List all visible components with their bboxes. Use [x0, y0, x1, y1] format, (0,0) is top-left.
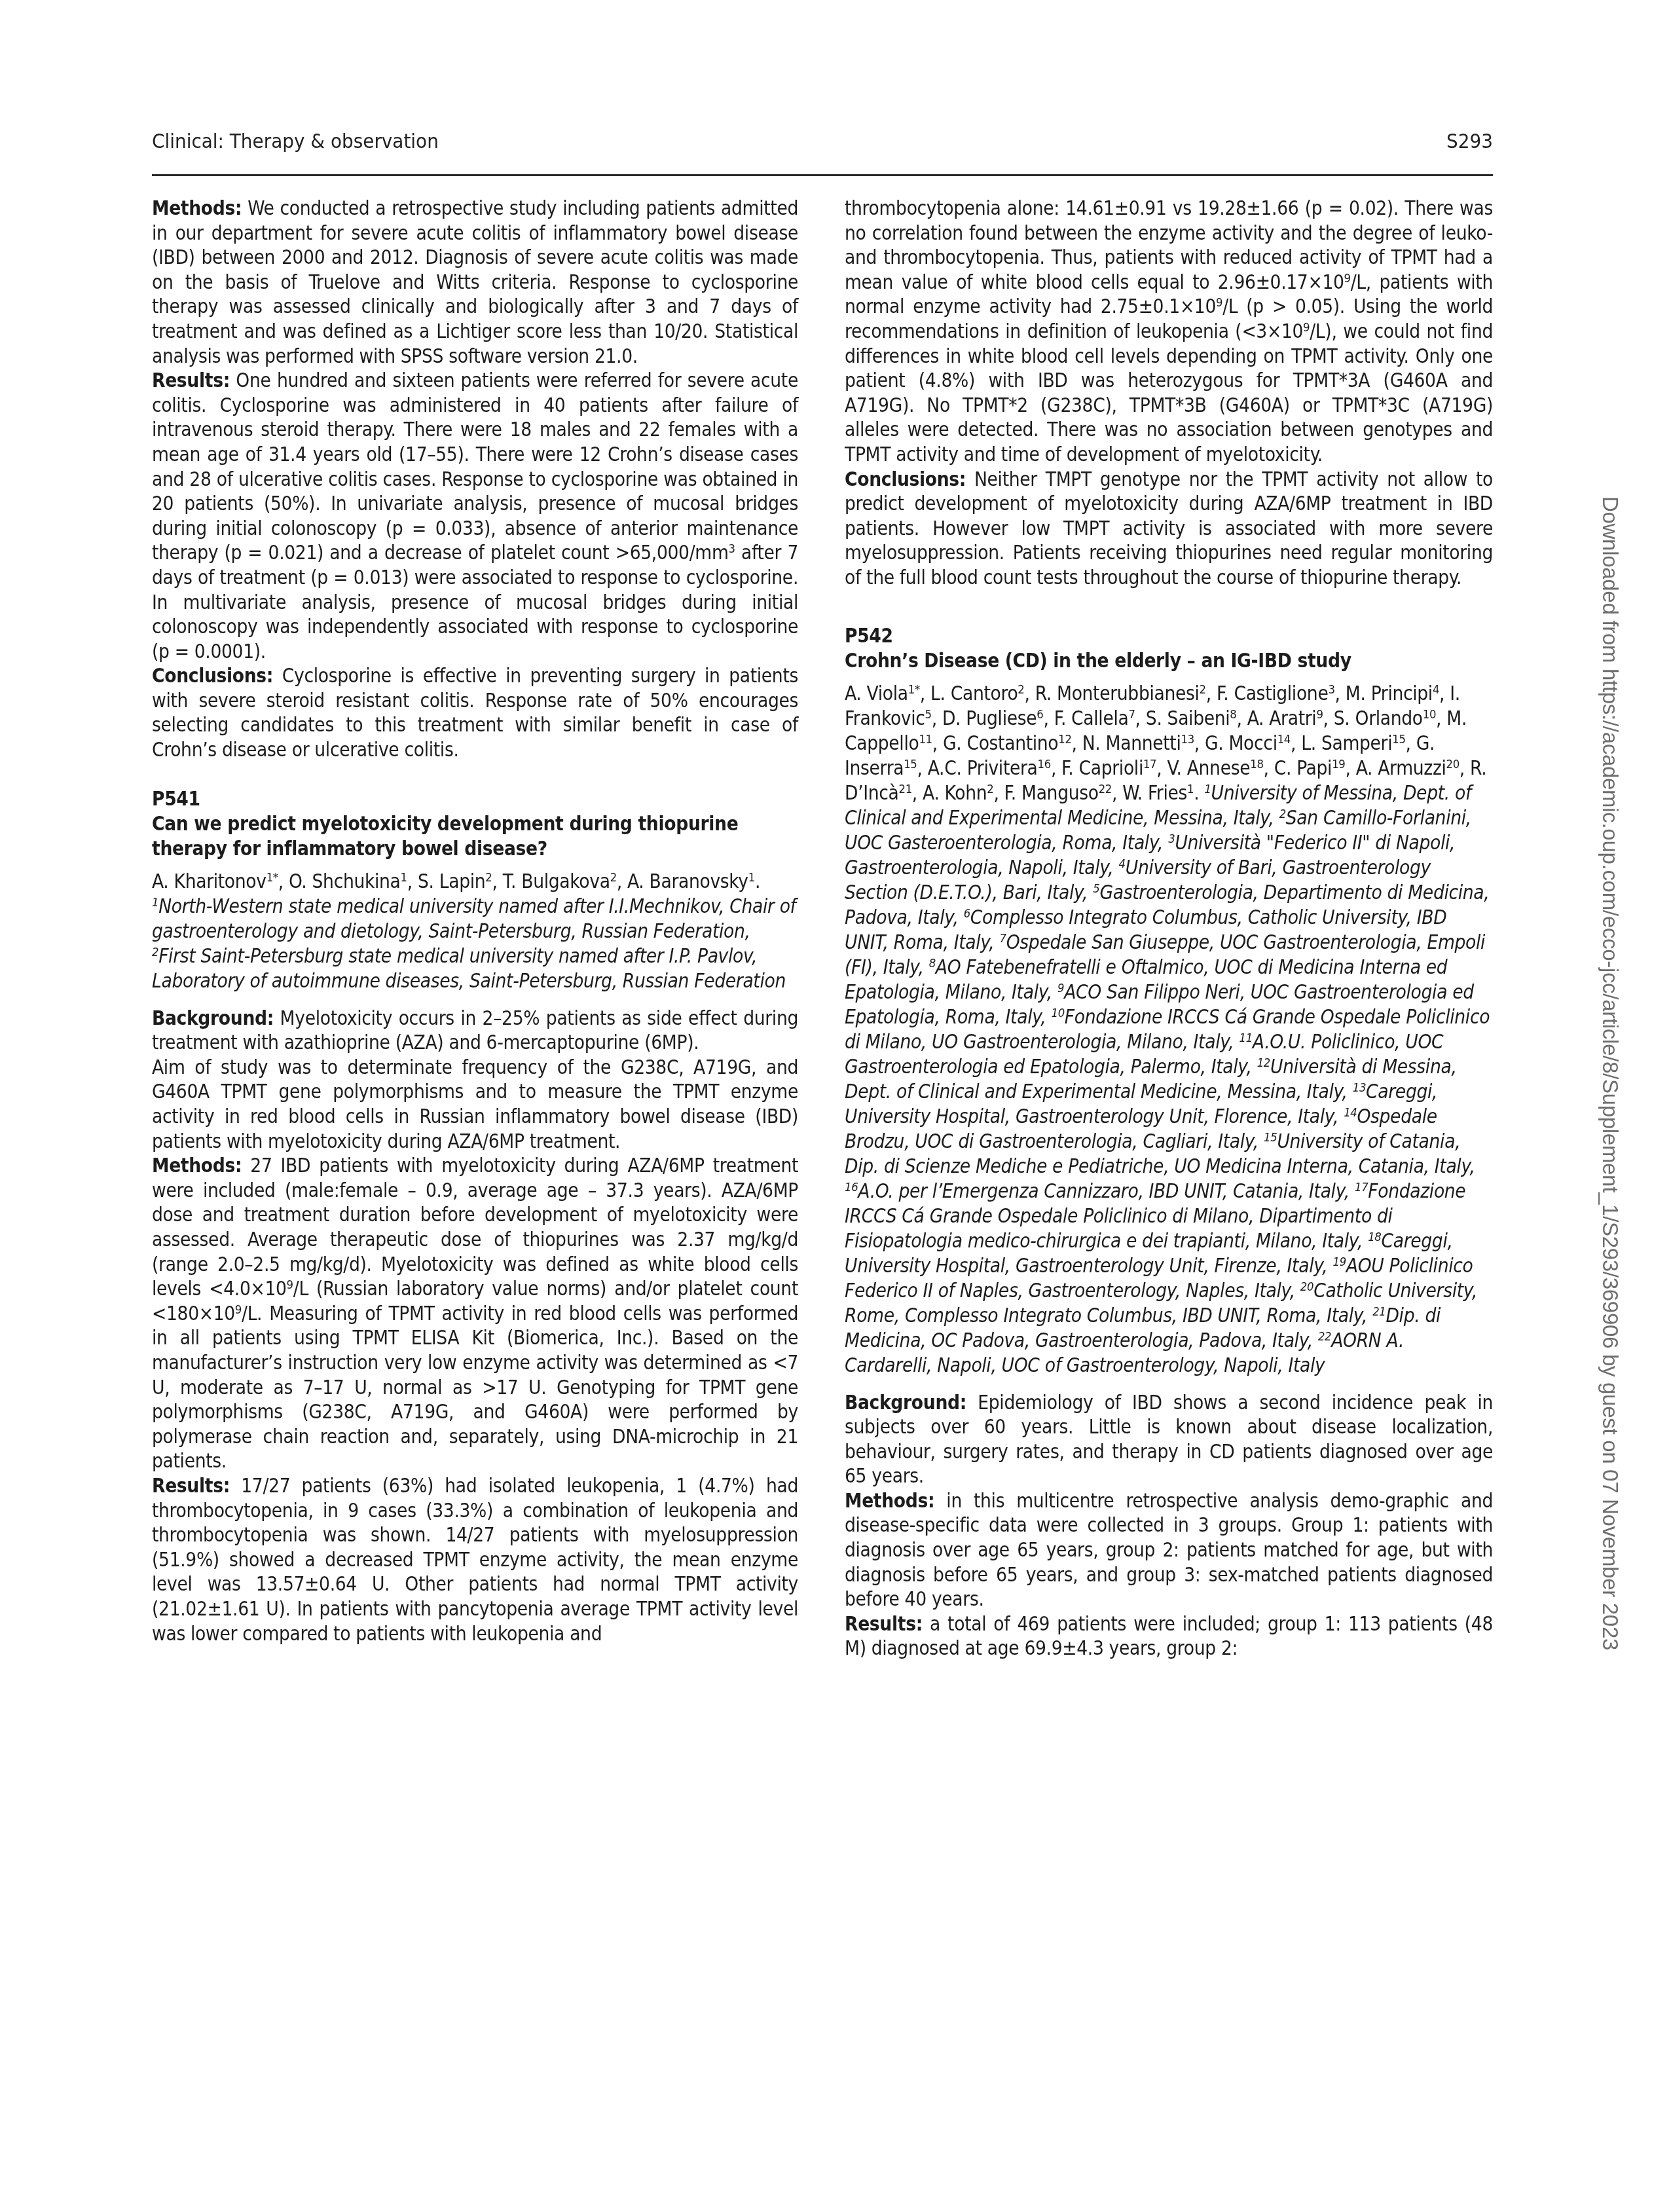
author-name: F. Caprioli: [1061, 757, 1143, 779]
superscript: 3: [728, 542, 735, 556]
results-text: One hundred and sixteen patients were re…: [152, 369, 798, 564]
author-name: L. Samperi: [1301, 732, 1392, 754]
methods-paragraph: Methods: in this multicentre retrospecti…: [845, 1489, 1493, 1612]
methods-text: in this multicentre retrospective analys…: [845, 1490, 1493, 1610]
author-affiliation-mark: 1: [748, 871, 755, 885]
author-affiliation-mark: 19: [1332, 757, 1345, 771]
affiliation-list: 1North-Western state medical university …: [152, 895, 796, 992]
author-name: A. Baranovsky: [627, 870, 748, 893]
affiliation-text: First Saint-Petersburg state medical uni…: [152, 945, 786, 992]
superscript: 9: [235, 1303, 242, 1317]
methods-paragraph: Methods: We conducted a retrospective st…: [152, 196, 798, 369]
affiliation-list: 1University of Messina, Dept. of Clinica…: [845, 782, 1490, 1376]
author-affiliation-mark: 12: [1058, 732, 1071, 746]
author-name: O. Shchukina: [289, 870, 401, 893]
author-name: C. Papi: [1274, 757, 1332, 779]
author-name: S. Lapin: [418, 870, 485, 893]
conclusions-label: Conclusions:: [845, 468, 966, 490]
author-affiliation-mark: 1: [1187, 782, 1194, 796]
author-affiliation-mark: 15: [1392, 732, 1405, 746]
affiliation-number: 4: [1119, 857, 1126, 870]
author-affiliation-mark: 21: [899, 782, 912, 796]
affiliation-number: 14: [1344, 1105, 1357, 1119]
author-name: G. Mocci: [1205, 732, 1277, 754]
affiliation-number: 1: [152, 896, 158, 910]
results-paragraph: Results: One hundred and sixteen patient…: [152, 369, 798, 664]
conclusions-paragraph: Conclusions: Neither TMPT genotype nor t…: [845, 468, 1493, 591]
methods-label: Methods:: [845, 1490, 934, 1512]
background-label: Background:: [152, 1007, 274, 1029]
affiliation-number: 2: [152, 946, 158, 959]
author-affiliation-mark: 5: [925, 707, 932, 721]
results-paragraph-cont: thrombocytopenia alone: 14.61±0.91 vs 19…: [845, 196, 1493, 468]
author-list: A. Kharitonov1*, O. Shchukina1, S. Lapin…: [152, 870, 760, 893]
left-column: Methods: We conducted a retrospective st…: [152, 196, 798, 1646]
author-affiliation-mark: 16: [1038, 757, 1051, 771]
affiliation-number: 9: [1057, 981, 1064, 995]
methods-paragraph: Methods: 27 IBD patients with myelotoxic…: [152, 1154, 798, 1474]
affiliation-text: A.O. per l’Emergenza Cannizzaro, IBD UNI…: [858, 1180, 1355, 1202]
abstract-p541: P541 Can we predict myelotoxicity develo…: [152, 786, 798, 1646]
author-name: A. Viola: [845, 682, 908, 705]
section-title: Clinical: Therapy & observation: [152, 130, 439, 153]
author-name: S. Orlando: [1334, 707, 1423, 729]
results-paragraph: Results: a total of 469 patients were in…: [845, 1612, 1493, 1661]
affiliation-number: 22: [1318, 1329, 1331, 1343]
author-name: L. Cantoro: [930, 682, 1018, 705]
abstract-id: P542: [845, 623, 1493, 648]
author-name: W. Fries: [1122, 782, 1187, 804]
author-name: N. Mannetti: [1082, 732, 1181, 754]
affiliation-number: 17: [1355, 1180, 1368, 1194]
author-affiliation-mark: 10: [1423, 707, 1436, 721]
author-name: A. Armuzzi: [1356, 757, 1446, 779]
author-block: A. Viola1*, L. Cantoro2, R. Monterubbian…: [845, 681, 1493, 1378]
previous-abstract-continued: Methods: We conducted a retrospective st…: [152, 196, 798, 763]
author-name: F. Castiglione: [1217, 682, 1328, 705]
author-name: A. Kharitonov: [152, 870, 266, 893]
author-affiliation-mark: 7: [1128, 707, 1135, 721]
affiliation-number: 5: [1093, 881, 1099, 895]
superscript: 9: [1303, 321, 1310, 335]
results-text: a total of 469 patients were included; g…: [845, 1613, 1493, 1660]
author-name: F. Manguso: [1004, 782, 1099, 804]
author-name: M. Principi: [1346, 682, 1433, 705]
affiliation-number: 18: [1368, 1230, 1381, 1244]
results-paragraph: Results: 17/27 patients (63%) had isolat…: [152, 1474, 798, 1646]
affiliation-number: 13: [1353, 1080, 1366, 1094]
abstract-title: Can we predict myelotoxicity development…: [152, 811, 798, 861]
affiliation-number: 2: [1279, 807, 1286, 820]
methods-text: We conducted a retrospective study inclu…: [152, 197, 798, 367]
right-column: thrombocytopenia alone: 14.61±0.91 vs 19…: [845, 196, 1493, 1661]
results-text: 17/27 patients (63%) had isolated leukop…: [152, 1475, 798, 1645]
affiliation-text: North-Western state medical university n…: [152, 895, 796, 942]
affiliation-number: 7: [1000, 931, 1006, 945]
author-name: G. Costantino: [943, 732, 1058, 754]
author-affiliation-mark: 1: [401, 871, 407, 885]
methods-label: Methods:: [152, 197, 242, 219]
abstract-p541-continued: thrombocytopenia alone: 14.61±0.91 vs 19…: [845, 196, 1493, 591]
download-watermark: Downloaded from https://academic.oup.com…: [1583, 496, 1623, 1701]
affiliation-number: 19: [1333, 1255, 1346, 1268]
abstract-title: Crohn’s Disease (CD) in the elderly – an…: [845, 648, 1493, 673]
author-name: S. Saibeni: [1146, 707, 1230, 729]
author-affiliation-mark: 1*: [908, 682, 920, 696]
author-block: A. Kharitonov1*, O. Shchukina1, S. Lapin…: [152, 869, 798, 993]
aim-paragraph: Aim of study was to determinate frequenc…: [152, 1056, 798, 1154]
results-label: Results:: [152, 1475, 230, 1497]
author-affiliation-mark: 18: [1250, 757, 1263, 771]
author-affiliation-mark: 2: [485, 871, 492, 885]
author-affiliation-mark: 22: [1099, 782, 1112, 796]
conclusions-paragraph: Conclusions: Cyclosporine is effective i…: [152, 664, 798, 762]
author-name: V. Annese: [1167, 757, 1250, 779]
author-name: R. Monterubbianesi: [1035, 682, 1200, 705]
abstract-id: P541: [152, 786, 798, 811]
author-affiliation-mark: 1*: [266, 871, 278, 885]
running-header: Clinical: Therapy & observation S293: [152, 130, 1493, 153]
author-name: F. Callela: [1054, 707, 1129, 729]
affiliation-number: 10: [1052, 1006, 1065, 1020]
results-label: Results:: [845, 1613, 923, 1635]
abstract-p542: P542 Crohn’s Disease (CD) in the elderly…: [845, 623, 1493, 1662]
affiliation-number: 15: [1264, 1130, 1277, 1144]
author-name: A. Aratri: [1247, 707, 1317, 729]
author-affiliation-mark: 2: [987, 782, 993, 796]
background-paragraph: Background: Epidemiology of IBD shows a …: [845, 1391, 1493, 1489]
methods-label: Methods:: [152, 1154, 242, 1177]
author-affiliation-mark: 2: [1018, 682, 1024, 696]
author-affiliation-mark: 9: [1316, 707, 1323, 721]
author-name: A. Kohn: [923, 782, 987, 804]
author-affiliation-mark: 14: [1277, 732, 1291, 746]
author-affiliation-mark: 15: [904, 757, 917, 771]
author-affiliation-mark: 17: [1143, 757, 1156, 771]
superscript: 9: [287, 1278, 293, 1292]
author-name: D. Pugliese: [942, 707, 1037, 729]
affiliation-number: 3: [1168, 832, 1175, 845]
author-name: A.C. Privitera: [928, 757, 1038, 779]
author-affiliation-mark: 6: [1037, 707, 1043, 721]
affiliation-number: 6: [964, 906, 970, 920]
background-label: Background:: [845, 1392, 966, 1414]
background-paragraph: Background: Myelotoxicity occurs in 2–25…: [152, 1006, 798, 1056]
methods-text-cont: /L. Measuring of TPMT activity in red bl…: [152, 1302, 798, 1473]
superscript: 9: [1344, 272, 1351, 286]
author-affiliation-mark: 2: [1200, 682, 1206, 696]
author-affiliation-mark: 2: [610, 871, 617, 885]
author-affiliation-mark: 20: [1446, 757, 1460, 771]
author-name: T. Bulgakova: [503, 870, 610, 893]
affiliation-number: 20: [1300, 1280, 1313, 1293]
header-rule: [152, 174, 1493, 176]
affiliation-number: 12: [1257, 1056, 1270, 1069]
results-label: Results:: [152, 369, 230, 392]
author-affiliation-mark: 4: [1433, 682, 1439, 696]
author-affiliation-mark: 13: [1181, 732, 1194, 746]
affiliation-number: 11: [1239, 1031, 1253, 1044]
affiliation-number: 8: [929, 956, 936, 970]
superscript: 9: [1216, 296, 1222, 310]
author-affiliation-mark: 8: [1230, 707, 1236, 721]
author-affiliation-mark: 3: [1328, 682, 1334, 696]
affiliation-number: 21: [1372, 1304, 1386, 1318]
conclusions-label: Conclusions:: [152, 665, 273, 687]
affiliation-number: 16: [845, 1180, 858, 1194]
author-affiliation-mark: 11: [919, 732, 932, 746]
affiliation-number: 1: [1204, 782, 1211, 796]
page-number: S293: [1446, 130, 1493, 153]
